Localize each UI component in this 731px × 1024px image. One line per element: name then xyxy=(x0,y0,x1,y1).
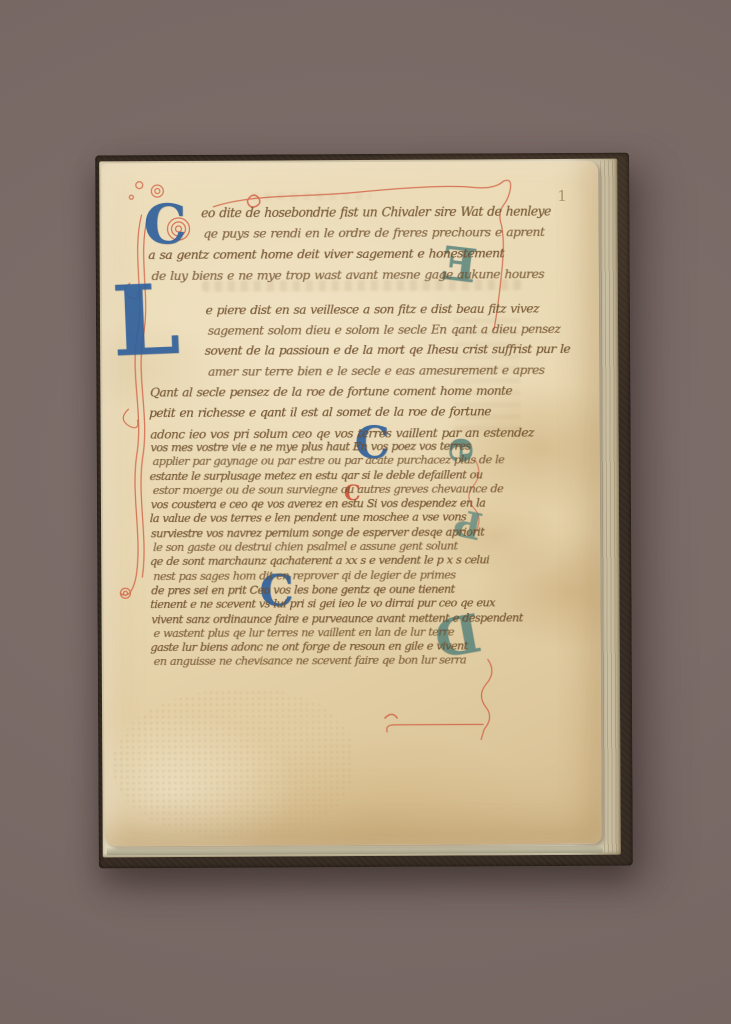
vellum-stipple-texture xyxy=(112,689,353,840)
ghost-text-smudge xyxy=(251,192,371,201)
parchment-page: C L E C e C P C D eo dite de hosebondrie… xyxy=(101,161,602,847)
manuscript-text-line: sovent de la passioun e de la mort qe Ih… xyxy=(148,339,581,362)
manuscript-text-line: petit en richesse e qant il est al somet… xyxy=(149,401,582,424)
manuscript-paragraph-2-upper: e piere dist en sa veillesce a son fitz … xyxy=(150,298,583,444)
manuscript-text-line: en anguisse ne chevisance ne scevent fai… xyxy=(153,653,585,670)
folio-number: 1 xyxy=(557,187,567,205)
manuscript-text-line: eo dite de hosebondrie fist un Chivaler … xyxy=(149,201,582,225)
manuscript-text-line: sagement solom dieu e solom le secle En … xyxy=(152,318,584,341)
photograph-backdrop: C L E C e C P C D eo dite de hosebondrie… xyxy=(0,0,731,1024)
manuscript-text-line: qe puys se rendi en le ordre de freres p… xyxy=(151,222,583,245)
manuscript-text-line: a sa gentz coment home deit viver sageme… xyxy=(148,243,581,266)
manuscript-paragraph-2-lower: vos mes vostre vie e ne mye plus haut En… xyxy=(151,439,584,670)
manuscript-text-line: tienent e ne scevent vs lui pri si gei i… xyxy=(150,596,583,613)
manuscript-book-cover: C L E C e C P C D eo dite de hosebondrie… xyxy=(95,153,633,869)
leaf-edges-texture xyxy=(600,161,621,853)
manuscript-text-line: de luy biens e ne mye trop wast avant me… xyxy=(151,264,583,287)
manuscript-paragraph-1: eo dite de hosebondrie fist un Chivaler … xyxy=(149,201,581,287)
manuscript-text-line: amer sur terre bien e le secle e eas ame… xyxy=(152,360,584,383)
manuscript-text-line: Qant al secle pensez de la roe de fortun… xyxy=(150,380,583,403)
manuscript-text-line: e piere dist en sa veillesce a son fitz … xyxy=(149,298,582,321)
